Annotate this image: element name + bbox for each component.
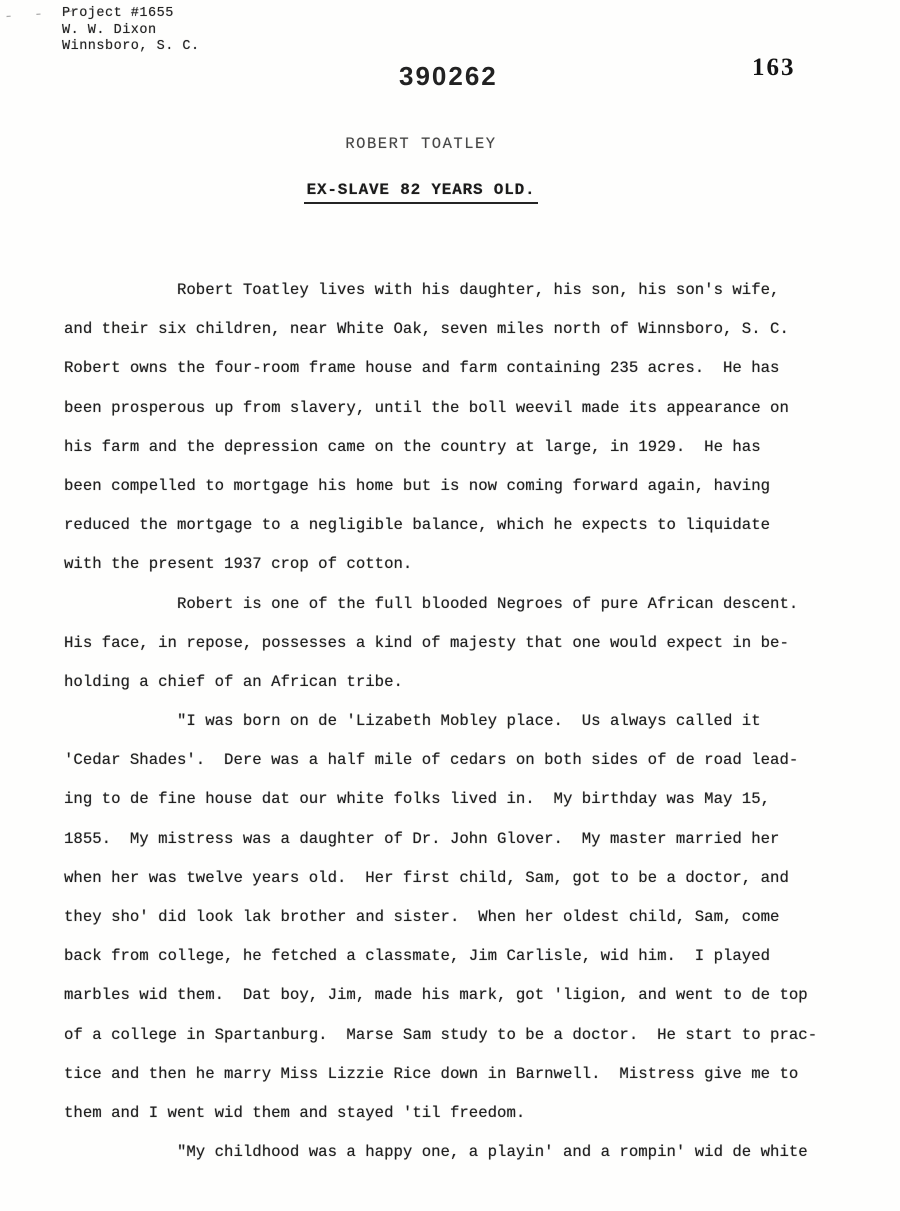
body-text: Robert Toatley lives with his daughter, … bbox=[64, 271, 874, 1172]
text-line: 1855. My mistress was a daughter of Dr. … bbox=[64, 820, 874, 859]
text-line: Robert owns the four-room frame house an… bbox=[64, 349, 874, 388]
header-author-line: W. W. Dixon bbox=[62, 23, 200, 40]
page-number: 163 bbox=[752, 54, 796, 82]
text-line: 'Cedar Shades'. Dere was a half mile of … bbox=[64, 741, 874, 780]
accession-stamp-number: 390262 bbox=[399, 61, 498, 92]
text-line: Robert is one of the full blooded Negroe… bbox=[64, 585, 874, 624]
scanned-document-page: - - ~ Project #1655 W. W. Dixon Winnsbor… bbox=[0, 0, 900, 1211]
text-line: been prosperous up from slavery, until t… bbox=[64, 389, 874, 428]
text-line: ing to de fine house dat our white folks… bbox=[64, 780, 874, 819]
typed-header-block: Project #1655 W. W. Dixon Winnsboro, S. … bbox=[62, 6, 200, 56]
header-project-line: Project #1655 bbox=[62, 6, 200, 23]
text-line: Robert Toatley lives with his daughter, … bbox=[64, 271, 874, 310]
text-line: they sho' did look lak brother and siste… bbox=[64, 898, 874, 937]
text-line: reduced the mortgage to a negligible bal… bbox=[64, 506, 874, 545]
text-line: His face, in repose, possesses a kind of… bbox=[64, 624, 874, 663]
text-line: with the present 1937 crop of cotton. bbox=[64, 545, 874, 584]
text-line: "I was born on de 'Lizabeth Mobley place… bbox=[64, 702, 874, 741]
document-subtitle-wrap: EX-SLAVE 82 YEARS OLD. bbox=[0, 181, 842, 204]
document-title: ROBERT TOATLEY bbox=[345, 135, 496, 153]
title-block: ROBERT TOATLEY EX-SLAVE 82 YEARS OLD. bbox=[0, 135, 842, 204]
text-line: marbles wid them. Dat boy, Jim, made his… bbox=[64, 976, 874, 1015]
text-line: tice and then he marry Miss Lizzie Rice … bbox=[64, 1055, 874, 1094]
text-line: his farm and the depression came on the … bbox=[64, 428, 874, 467]
text-line: holding a chief of an African tribe. bbox=[64, 663, 874, 702]
text-line: been compelled to mortgage his home but … bbox=[64, 467, 874, 506]
text-line: them and I went wid them and stayed 'til… bbox=[64, 1094, 874, 1133]
text-line: of a college in Spartanburg. Marse Sam s… bbox=[64, 1016, 874, 1055]
header-location-line: Winnsboro, S. C. bbox=[62, 39, 200, 56]
text-line: and their six children, near White Oak, … bbox=[64, 310, 874, 349]
document-subtitle: EX-SLAVE 82 YEARS OLD. bbox=[304, 181, 539, 204]
text-line: when her was twelve years old. Her first… bbox=[64, 859, 874, 898]
text-line: back from college, he fetched a classmat… bbox=[64, 937, 874, 976]
text-line: "My childhood was a happy one, a playin'… bbox=[64, 1133, 874, 1172]
